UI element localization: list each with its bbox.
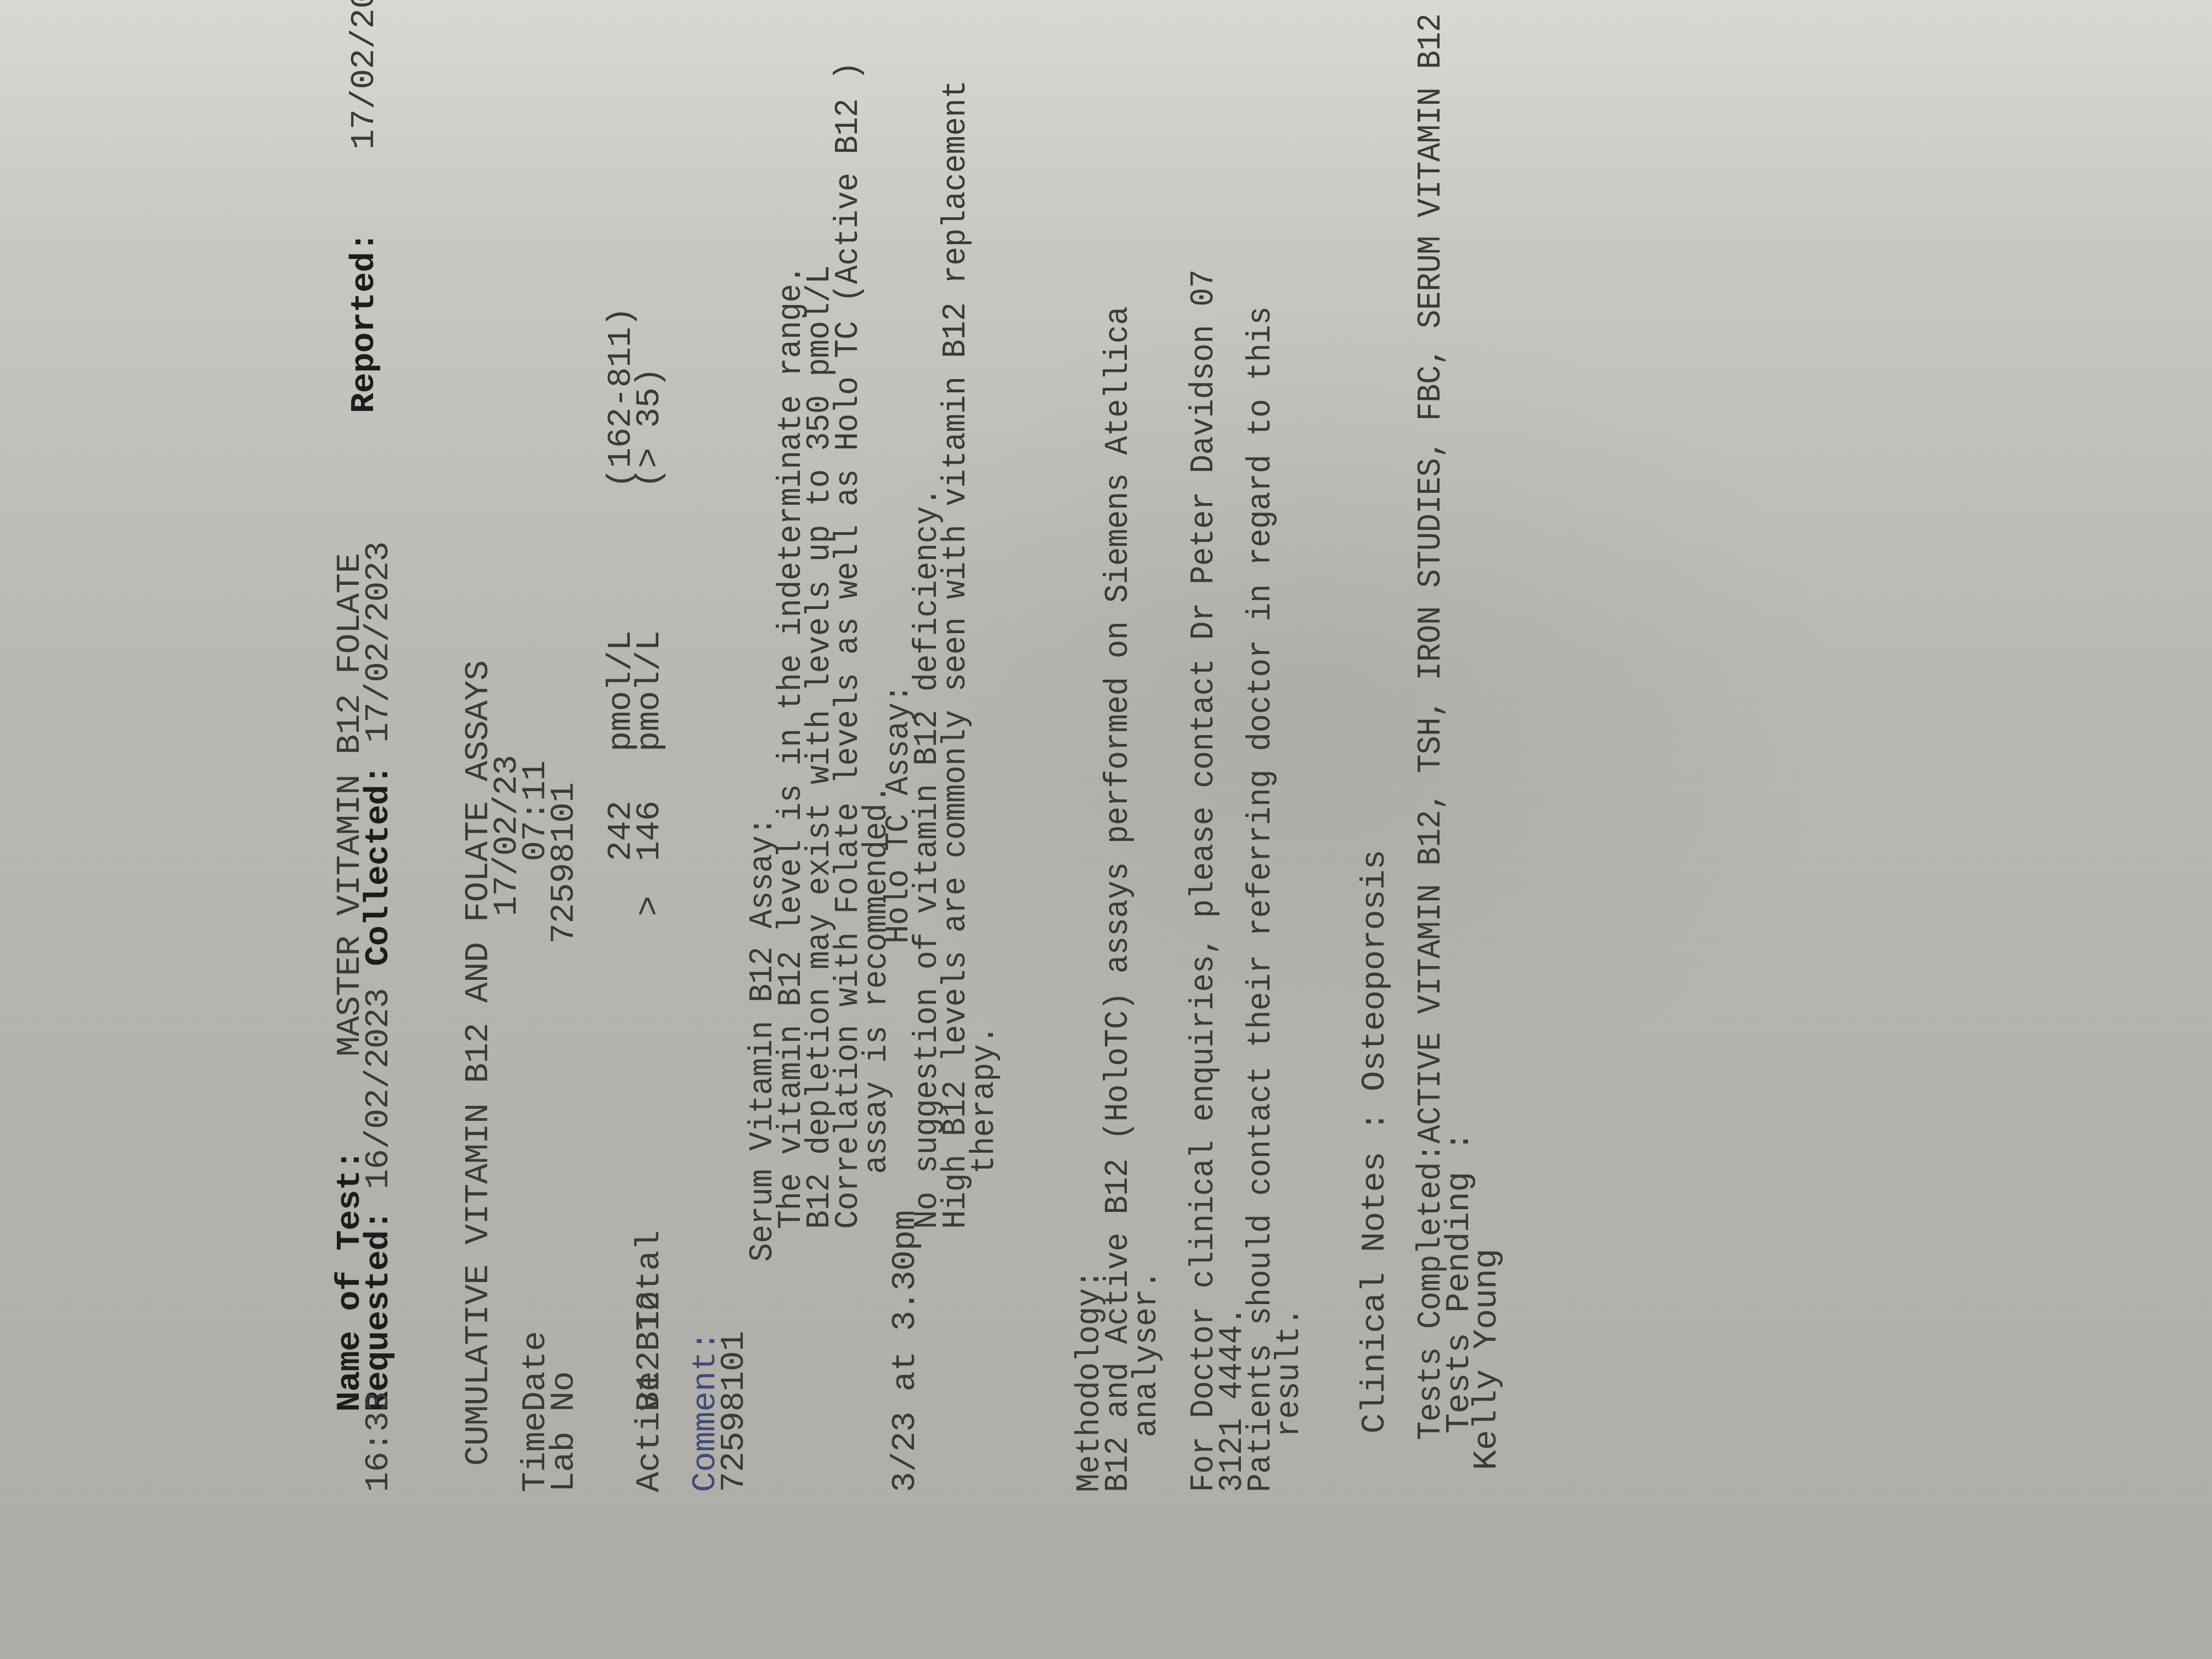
clinical-notes-row: Clinical Notes : Osteoporosis [1332, 850, 1361, 1514]
requested-label: Requested: [359, 1210, 398, 1412]
collected-label: Collected: [359, 765, 398, 966]
lab-no-label: Lab No [550, 1372, 578, 1492]
holo-line-3: therapy. [970, 1026, 998, 1174]
collected-date: 17/02/2023 [359, 541, 398, 743]
reported-date: 17/02/2023 [345, 0, 383, 150]
active-b12-value: 146 [635, 801, 664, 861]
contact-line-4: result. [1275, 1308, 1304, 1437]
tests-completed-value: ACTIVE VITAMIN B12, TSH, IRON STUDIES, F… [1411, 14, 1450, 1144]
requested-row: Requested:16/02/2023Collected:17/02/2023 [336, 541, 364, 1492]
methodology-line-2: analyser. [1132, 1271, 1161, 1437]
requested-time: 16:33 [364, 1391, 393, 1492]
lab-no-value: 72598101 [550, 782, 578, 944]
name-of-test-row: Name of Test:MASTER VITAMIN B12 FOLATE [307, 553, 336, 1492]
signature-name: Kelly Young [1472, 1249, 1501, 1470]
tests-pending-row: Tests Pending : [1417, 1132, 1445, 1514]
tests-completed-row: Tests Completed:ACTIVE VITAMIN B12, TSH,… [1388, 14, 1417, 1514]
comment-lab-no: 72598101 [720, 1331, 748, 1492]
active-b12-reference: (> 35) [635, 368, 664, 488]
active-b12-qualifier: > [635, 896, 664, 916]
reported-row: Reported:17/02/2023 [321, 0, 350, 494]
lab-report-page: Name of Test:MASTER VITAMIN B12 FOLATE R… [307, 11, 1514, 1492]
active-b12-unit: pmol/L [635, 631, 664, 752]
active-b12-label: Active B12 [635, 1291, 664, 1492]
reported-label: Reported: [345, 232, 383, 413]
requested-date: 16/02/2023 [359, 988, 398, 1189]
holo-prefix: 3/23 at 3.30pm [891, 1210, 919, 1492]
